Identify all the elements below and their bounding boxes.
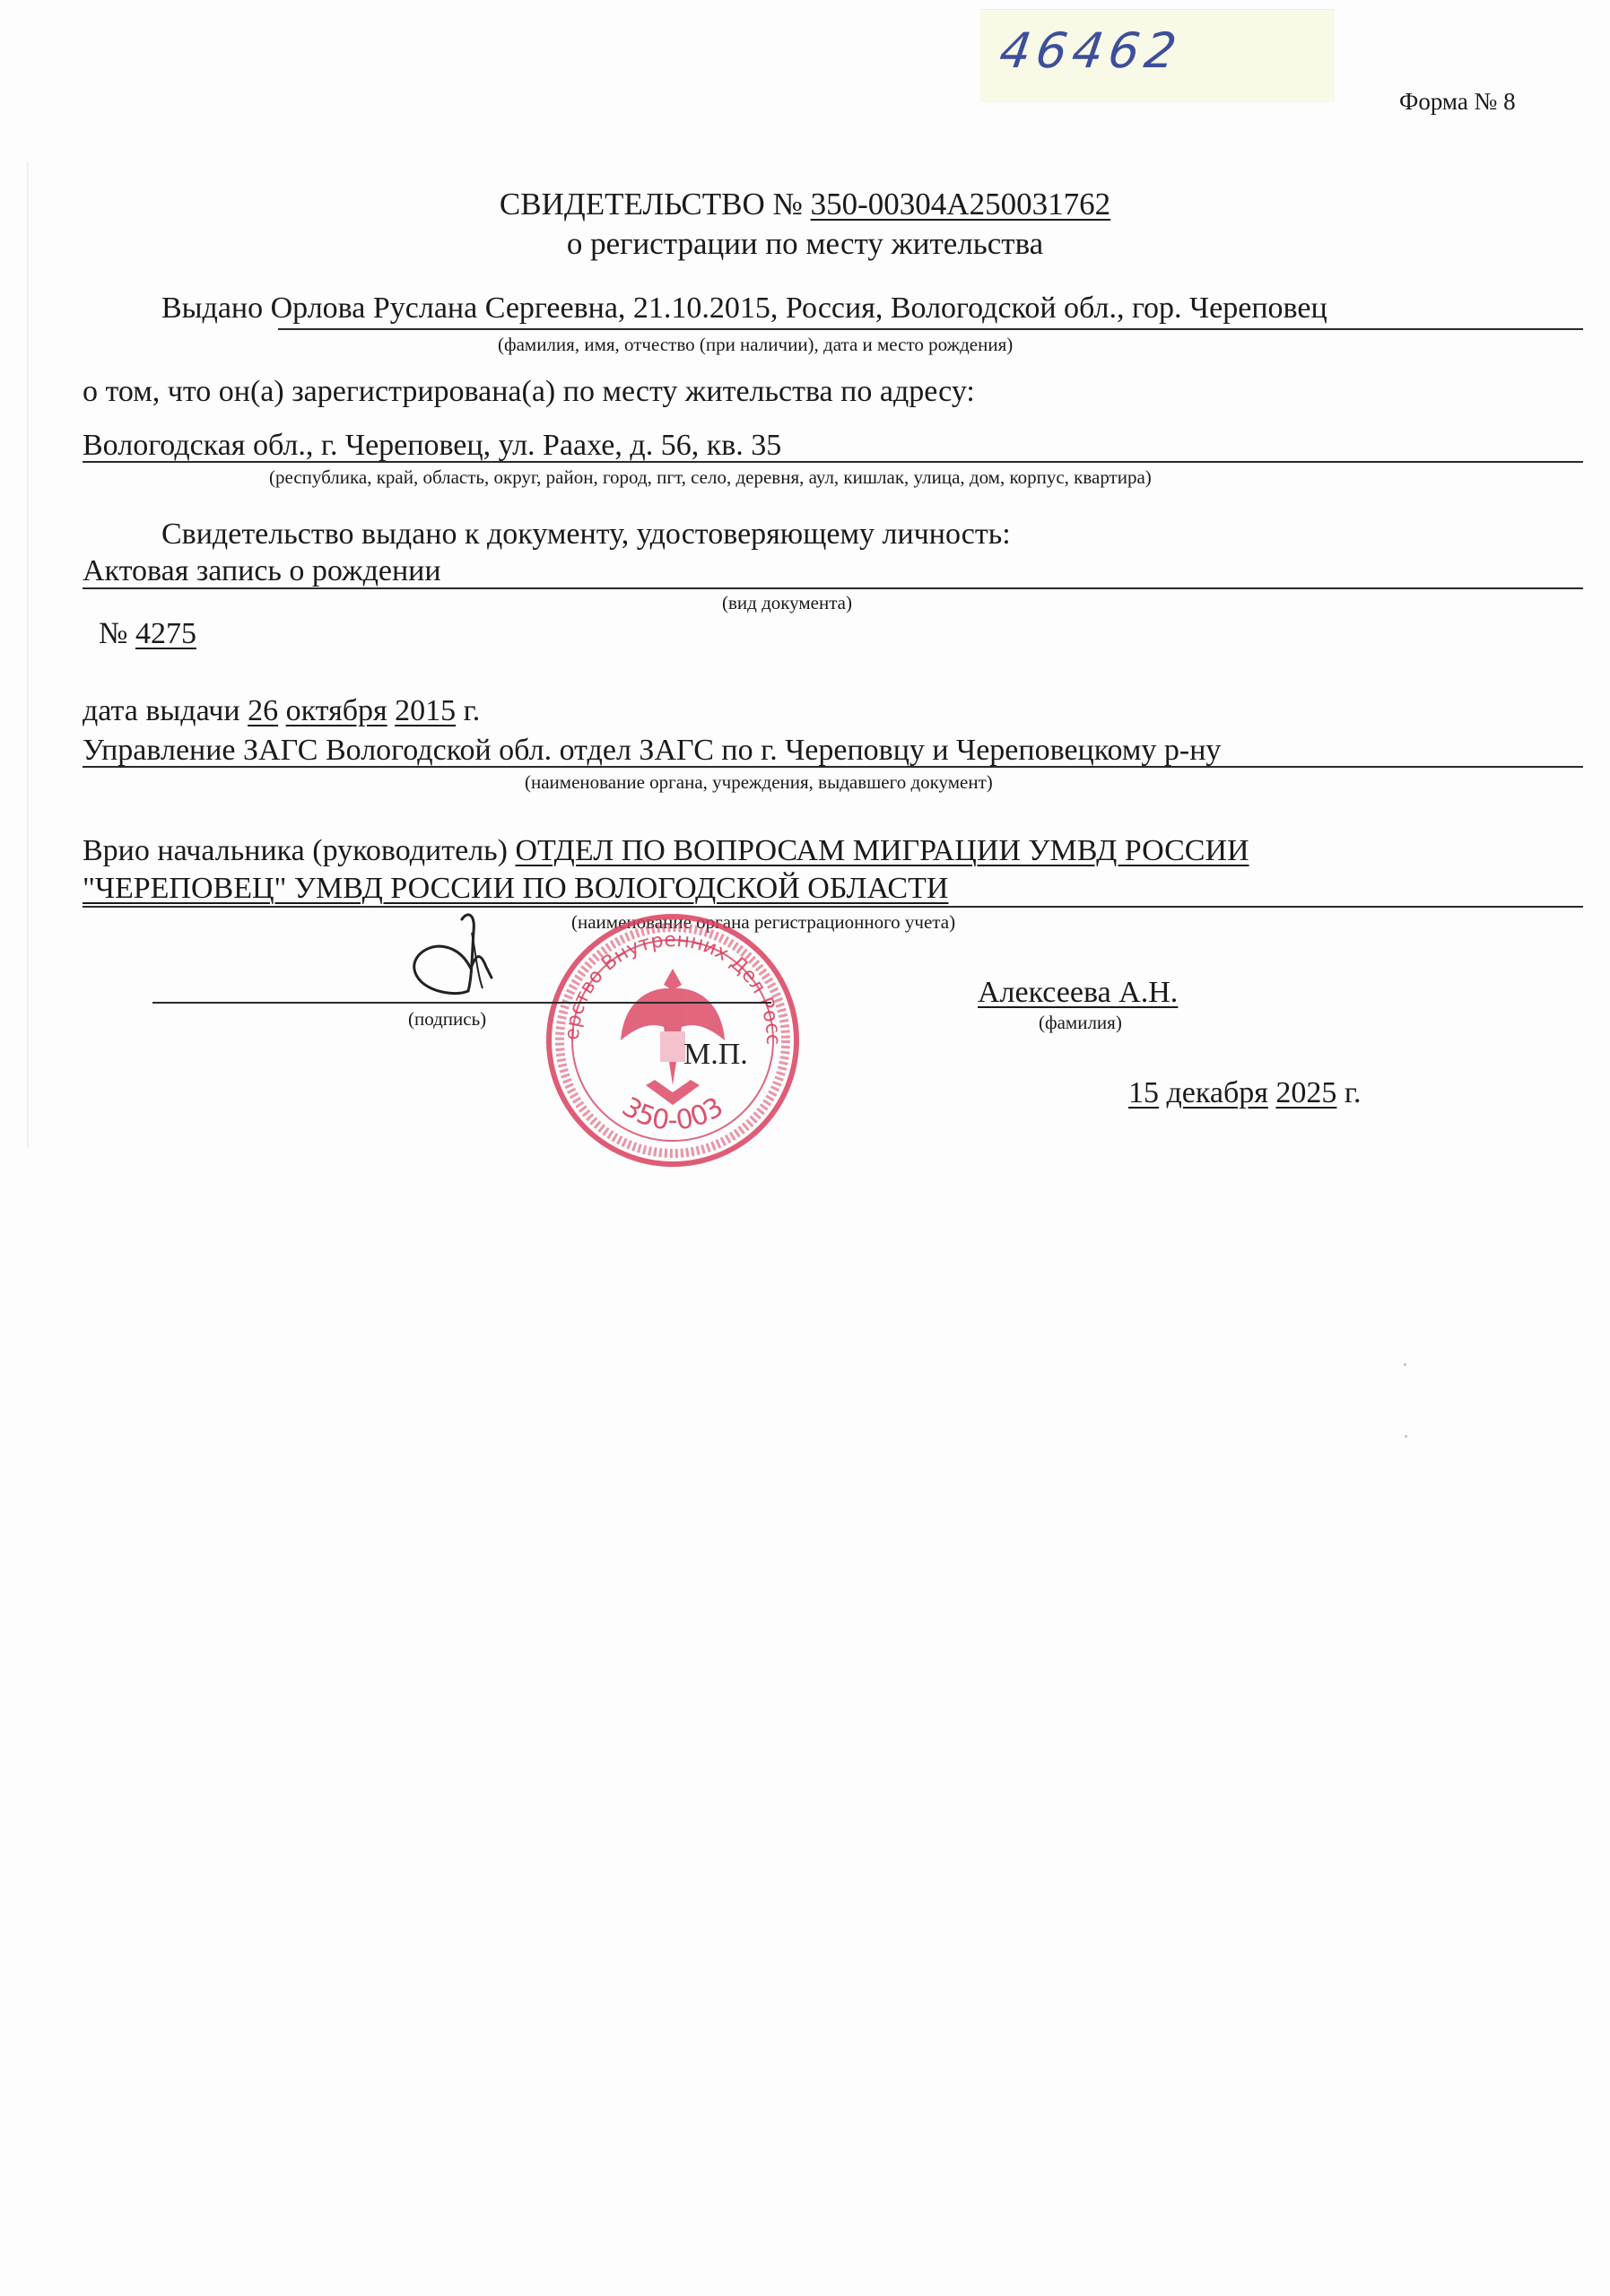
document-page: 46462 Форма № 8 СВИДЕТЕЛЬСТВО № 350-0030…: [0, 0, 1610, 2296]
address-hint: (республика, край, область, округ, район…: [269, 466, 1152, 489]
signature-rule: [152, 1002, 771, 1004]
authority-name-1: ОТДЕЛ ПО ВОПРОСАМ МИГРАЦИИ УМВД РОССИИ: [516, 834, 1249, 867]
authority-name-2: "ЧЕРЕПОВЕЦ" УМВД РОССИИ ПО ВОЛОГОДСКОЙ О…: [83, 872, 948, 905]
date-year: 2025: [1275, 1076, 1336, 1109]
issued-to-rule: [278, 328, 1583, 330]
registry-sticker: 46462: [980, 9, 1335, 102]
form-label: Форма № 8: [1399, 88, 1516, 116]
stamp-seal-icon: Министерство Внутренних Дел Российской 3…: [538, 906, 807, 1175]
issue-month: октября: [286, 694, 387, 727]
issued-to-line: Выдано Орлова Руслана Сергеевна, 21.10.2…: [161, 291, 1327, 326]
certificate-date: 15 декабря 2025 г.: [1128, 1076, 1362, 1110]
authority-rule: [83, 906, 1583, 908]
issued-to-label: Выдано: [161, 291, 271, 325]
date-suffix: г.: [1336, 1076, 1361, 1109]
issue-date-label: дата выдачи: [83, 694, 248, 727]
identity-type-rule: [83, 587, 1583, 589]
official-name: Алексеева А.Н.: [978, 976, 1178, 1009]
scan-artifact: [1404, 1363, 1406, 1366]
official-name-line: Алексеева А.Н.: [978, 976, 1178, 1010]
identity-intro: Свидетельство выдано к документу, удосто…: [161, 517, 1011, 552]
date-day: 15: [1128, 1076, 1159, 1109]
certificate-subtitle: о регистрации по месту жительства: [0, 226, 1610, 262]
scan-artifact: [1405, 1435, 1407, 1438]
issue-year-suffix: г.: [456, 694, 480, 727]
seal-label: М.П.: [683, 1038, 748, 1072]
issuer-value: Управление ЗАГС Вологодской обл. отдел З…: [83, 734, 1221, 768]
issue-day: 26: [248, 694, 278, 727]
identity-number: 4275: [135, 617, 196, 650]
address-value: Вологодская обл., г. Череповец, ул. Раах…: [83, 429, 781, 463]
issue-year: 2015: [395, 694, 456, 727]
identity-type: Актовая запись о рождении: [83, 554, 441, 588]
title-prefix: СВИДЕТЕЛЬСТВО №: [500, 187, 811, 222]
date-month: декабря: [1167, 1076, 1268, 1109]
certificate-number: 350-00304А250031762: [811, 187, 1110, 222]
registry-number: 46462: [996, 22, 1186, 79]
address-rule: [83, 461, 1583, 463]
registration-statement: о том, что он(а) зарегистрирована(а) по …: [83, 375, 975, 409]
scan-artifact: [27, 161, 29, 1148]
issue-date-line: дата выдачи 26 октября 2015 г.: [83, 694, 480, 728]
official-hint: (фамилия): [1039, 1012, 1122, 1034]
identity-type-hint: (вид документа): [722, 592, 852, 614]
identity-number-line: № 4275: [99, 617, 196, 651]
issued-to-hint: (фамилия, имя, отчество (при наличии), д…: [498, 334, 1013, 356]
signature-scribble-icon: [386, 906, 565, 1004]
identity-number-label: №: [99, 617, 135, 650]
issuer-rule: [83, 766, 1583, 768]
authority-position: Врио начальника (руководитель): [83, 834, 516, 867]
certificate-title: СВИДЕТЕЛЬСТВО № 350-00304А250031762: [0, 187, 1610, 222]
issuer-hint: (наименование органа, учреждения, выдавш…: [525, 771, 993, 794]
issued-to-value: Орлова Руслана Сергеевна, 21.10.2015, Ро…: [271, 291, 1327, 325]
signature-hint: (подпись): [408, 1008, 486, 1031]
official-stamp: Министерство Внутренних Дел Российской 3…: [538, 906, 807, 1175]
authority-line-1: Врио начальника (руководитель) ОТДЕЛ ПО …: [83, 834, 1249, 868]
authority-line-2: "ЧЕРЕПОВЕЦ" УМВД РОССИИ ПО ВОЛОГОДСКОЙ О…: [83, 872, 948, 906]
